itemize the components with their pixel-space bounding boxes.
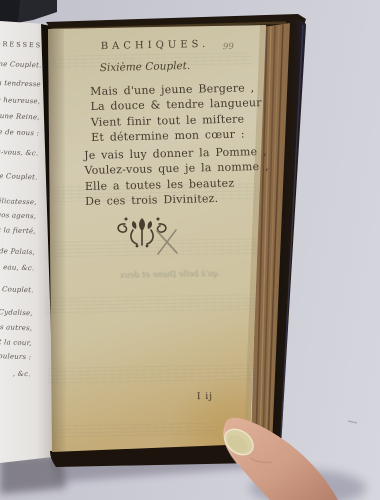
facing-running-header: ENDRESSES <box>0 39 42 49</box>
facing-fragment: au centre de nous : <box>0 127 39 138</box>
facing-fragment: aissez la fierté, <box>0 225 36 235</box>
facing-fragment: eau, &c. <box>3 263 35 272</box>
facing-fragment: goût de Palais, <box>0 246 35 256</box>
facing-fragment: sième Couplet. <box>0 60 42 70</box>
facing-fragment: l'objet d'une Reine, <box>0 111 40 122</box>
finger <box>180 400 380 500</box>
verso-showthrough-text: qu'à belle Diane et deux <box>120 269 218 280</box>
book-photo: qu'à belle Diane et deux BACHIQUES. 99 S… <box>0 0 380 500</box>
facing-fragment: tous les autres, <box>0 322 32 332</box>
stanza-2: Je vais luy donner la Pomme , Voulez-vou… <box>84 144 270 209</box>
facing-fragment: n peut la tendresse <box>0 78 41 89</box>
facing-fragment: lez-vous, &c. <box>0 148 39 158</box>
facing-fragment: lle à ses couleurs : <box>0 351 31 361</box>
facing-fragment: tre délicatesse, <box>0 196 37 206</box>
facing-fragment: aux c'est la cour, <box>0 337 32 347</box>
facing-fragment: ième Couplet. <box>0 285 34 295</box>
facing-fragment: de Cydalise, <box>0 308 33 318</box>
pencil-x-mark <box>154 228 180 256</box>
stanza-1: Mais d'une jeune Bergere , La douce & te… <box>90 80 263 145</box>
page-number: 99 <box>223 42 234 52</box>
facing-fragment: à nous vos agens, <box>0 210 36 220</box>
facing-fragment: ne parole heureuse, <box>0 95 40 106</box>
stave-showthrough <box>46 294 260 316</box>
facing-fragment: Quatrième Couplet. <box>0 171 38 182</box>
facing-fragment: , &c. <box>13 370 31 379</box>
stave-showthrough <box>48 364 256 386</box>
